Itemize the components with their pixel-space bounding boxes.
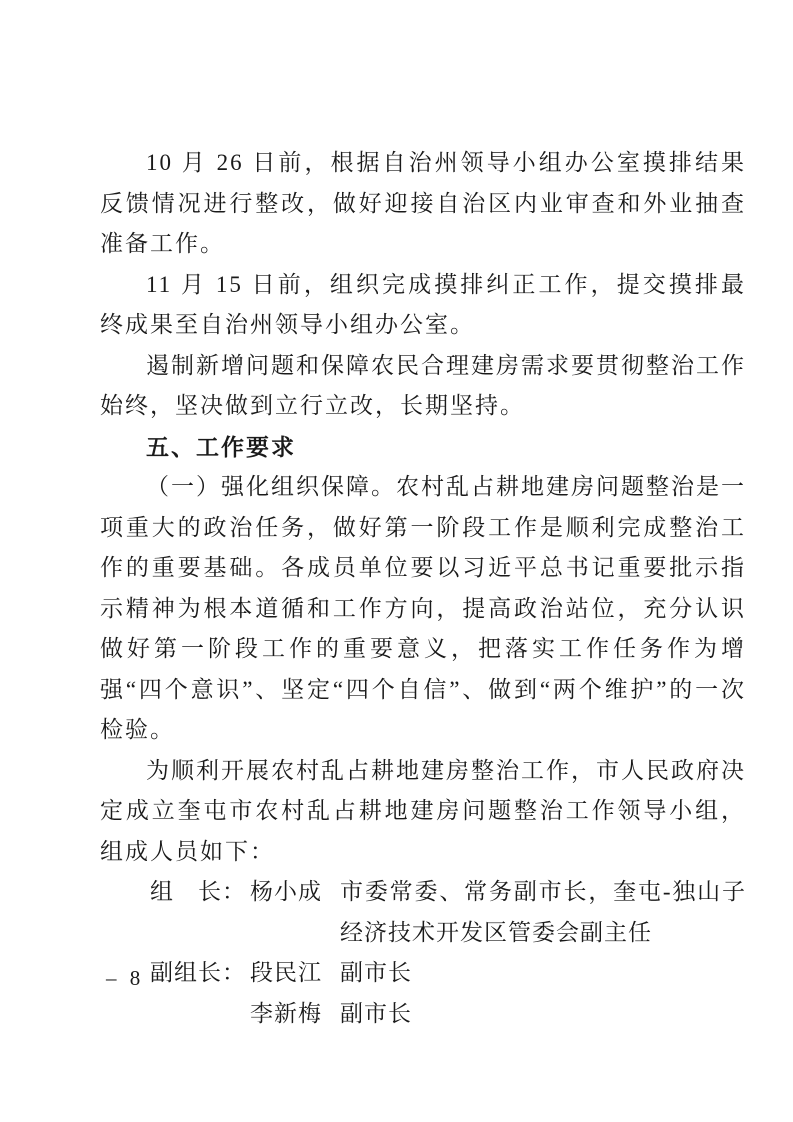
roster-role-li-xinmei: 副市长 [340, 994, 746, 1035]
roster-name-yang-xiaocheng: 杨小成 [250, 872, 340, 913]
roster-label-leader: 组 长： [150, 872, 250, 913]
roster-name-li-xinmei: 李新梅 [250, 994, 340, 1035]
paragraph-curb-new-problems: 遏制新增问题和保障农民合理建房需求要贯彻整治工作始终，坚决做到立行立改，长期坚持… [100, 346, 746, 427]
roster-row-group-leader: 组 长： 杨小成 市委常委、常务副市长，奎屯-独山子经济技术开发区管委会副主任 [150, 872, 746, 953]
paragraph-leading-group-formation: 为顺利开展农村乱占耕地建房整治工作，市人民政府决定成立奎屯市农村乱占耕地建房问题… [100, 751, 746, 873]
roster-name-duan-minjiang: 段民江 [250, 953, 340, 994]
roster-row-deputy-leader-2: 李新梅 副市长 [150, 994, 746, 1035]
roster-role-yang-xiaocheng: 市委常委、常务副市长，奎屯-独山子经济技术开发区管委会副主任 [340, 872, 746, 953]
roster-row-deputy-leader-1: 副组长： 段民江 副市长 [150, 953, 746, 994]
document-page: 10 月 26 日前，根据自治州领导小组办公室摸排结果反馈情况进行整改，做好迎接… [0, 0, 793, 1122]
section-heading-work-requirements: 五、工作要求 [100, 427, 746, 468]
leadership-roster: 组 长： 杨小成 市委常委、常务副市长，奎屯-独山子经济技术开发区管委会副主任 … [150, 872, 746, 1034]
paragraph-nov-15-deadline: 11 月 15 日前，组织完成摸排纠正工作，提交摸排最终成果至自治州领导小组办公… [100, 265, 746, 346]
page-number: – 8 – [106, 966, 168, 991]
paragraph-oct-26-deadline: 10 月 26 日前，根据自治州领导小组办公室摸排结果反馈情况进行整改，做好迎接… [100, 143, 746, 265]
roster-role-duan-minjiang: 副市长 [340, 953, 746, 994]
paragraph-strengthen-organization: （一）强化组织保障。农村乱占耕地建房问题整治是一项重大的政治任务，做好第一阶段工… [100, 467, 746, 751]
document-body: 10 月 26 日前，根据自治州领导小组办公室摸排结果反馈情况进行整改，做好迎接… [100, 143, 746, 1034]
